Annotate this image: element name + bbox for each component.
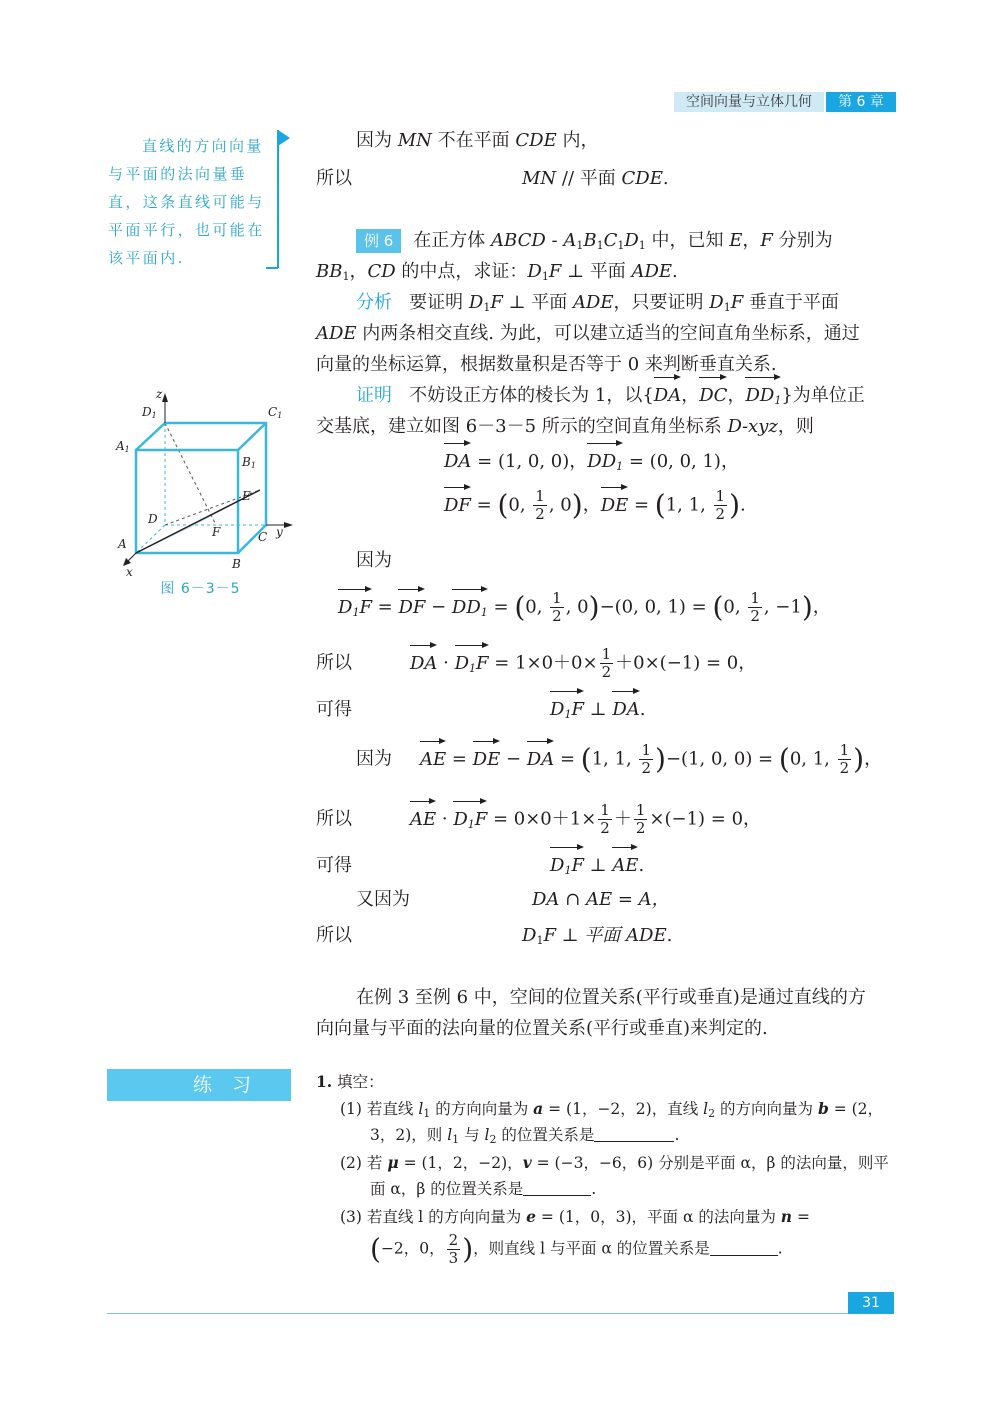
equation-line: 可得D1F ⊥ AE. xyxy=(316,850,644,886)
text-line: 所以MN // 平面 CDE. xyxy=(316,163,669,194)
equation-line: 可得D1F ⊥ DA. xyxy=(316,694,645,730)
svg-text:B1: B1 xyxy=(241,455,256,470)
text-line: 又因为DA ∩ AE = A， xyxy=(356,884,670,915)
svg-text:D1: D1 xyxy=(141,405,157,420)
axis-z-label: z xyxy=(155,388,163,401)
svg-text:C: C xyxy=(258,530,267,544)
margin-note: 直线的方向向量 与平面的法向量垂 直，这条直线可能与 平面平行，也可能在 该平面… xyxy=(108,132,268,272)
equation-line: DF = (0, 12, 0)，DE = (1, 1, 12). xyxy=(444,488,746,523)
proof-label: 证明 xyxy=(356,385,392,406)
equation-line: 因为AE = DE − DA = (1, 1, 12)−(1, 0, 0) = … xyxy=(356,742,882,777)
question-title: 1. 填空： xyxy=(316,1068,384,1096)
equation-line: DA = (1, 0, 0)，DD1 = (0, 0, 1)， xyxy=(444,446,739,482)
svg-text:E: E xyxy=(241,489,251,503)
equation-line: 所以AE · D1F = 0×0＋1×12＋12×(−1) = 0， xyxy=(316,802,761,840)
svg-text:y: y xyxy=(275,525,283,539)
svg-text:x: x xyxy=(126,565,133,578)
page-number: 31 xyxy=(848,1292,894,1314)
note-line: 直线的方向向量 xyxy=(142,137,264,155)
note-line: 直，这条直线可能与 xyxy=(108,193,265,211)
svg-text:C1: C1 xyxy=(268,405,282,420)
text-line: 因为 xyxy=(356,545,392,576)
text-line: ADE 内两条相交直线. 为此，可以建立适当的空间直角坐标系，通过 xyxy=(316,318,860,349)
cube-figure: z D1 C1 A1 B1 E D F C y A B x xyxy=(108,388,293,578)
question-item: (3) 若直线 l 的方向向量为 e = (1，0，3)，平面 α 的法向量为 … xyxy=(340,1203,810,1231)
equation-line: D1F = DF − DD1 = (0, 12, 0)−(0, 0, 1) = … xyxy=(338,590,831,628)
analysis-label: 分析 xyxy=(356,292,392,313)
svg-text:F: F xyxy=(211,525,221,539)
svg-text:A1: A1 xyxy=(115,439,130,454)
text-line: 交基底，建立如图 6－3－5 所示的空间直角坐标系 D‐xyz，则 xyxy=(316,411,814,442)
summary-line: 向向量与平面的法向量的位置关系(平行或垂直)来判定的. xyxy=(316,1013,768,1044)
footer-rule xyxy=(107,1313,849,1314)
note-line: 该平面内. xyxy=(108,249,185,267)
text-line: 因为 MN 不在平面 CDE 内， xyxy=(356,125,598,156)
svg-text:D: D xyxy=(147,512,158,526)
question-item: (−2，0，23)，则直线 l 与平面 α 的位置关系是. xyxy=(370,1232,783,1267)
answer-blank[interactable] xyxy=(594,1126,674,1142)
note-line: 与平面的法向量垂 xyxy=(108,165,247,183)
main-text: 因为 MN 不在平面 CDE 内， 所以MN // 平面 CDE. 例 6在正方… xyxy=(316,0,896,1060)
question-item: (2) 若 μ = (1，2，−2)，v = (−3，−6，6) 分别是平面 α… xyxy=(340,1149,889,1177)
text-line: 所以D1F ⊥ 平面 ADE. xyxy=(316,920,672,956)
answer-blank[interactable] xyxy=(523,1180,591,1196)
svg-text:B: B xyxy=(231,557,241,571)
svg-text:A: A xyxy=(117,537,127,551)
note-line: 平面平行，也可能在 xyxy=(108,221,265,239)
answer-blank[interactable] xyxy=(710,1240,778,1256)
flag-marker-icon xyxy=(266,128,290,270)
question-item: 面 α，β 的位置关系是. xyxy=(370,1176,596,1203)
summary-line: 在例 3 至例 6 中，空间的位置关系(平行或垂直)是通过直线的方 xyxy=(356,982,866,1013)
equation-line: 所以DA · D1F = 1×0＋0×12＋0×(−1) = 0， xyxy=(316,646,756,684)
practice-banner: 练习 xyxy=(107,1069,291,1101)
figure-caption: 图 6－3－5 xyxy=(108,578,293,598)
text-line: 向量的坐标运算，根据数量积是否等于 0 来判断垂直关系. xyxy=(316,349,777,380)
example-badge: 例 6 xyxy=(356,229,401,253)
